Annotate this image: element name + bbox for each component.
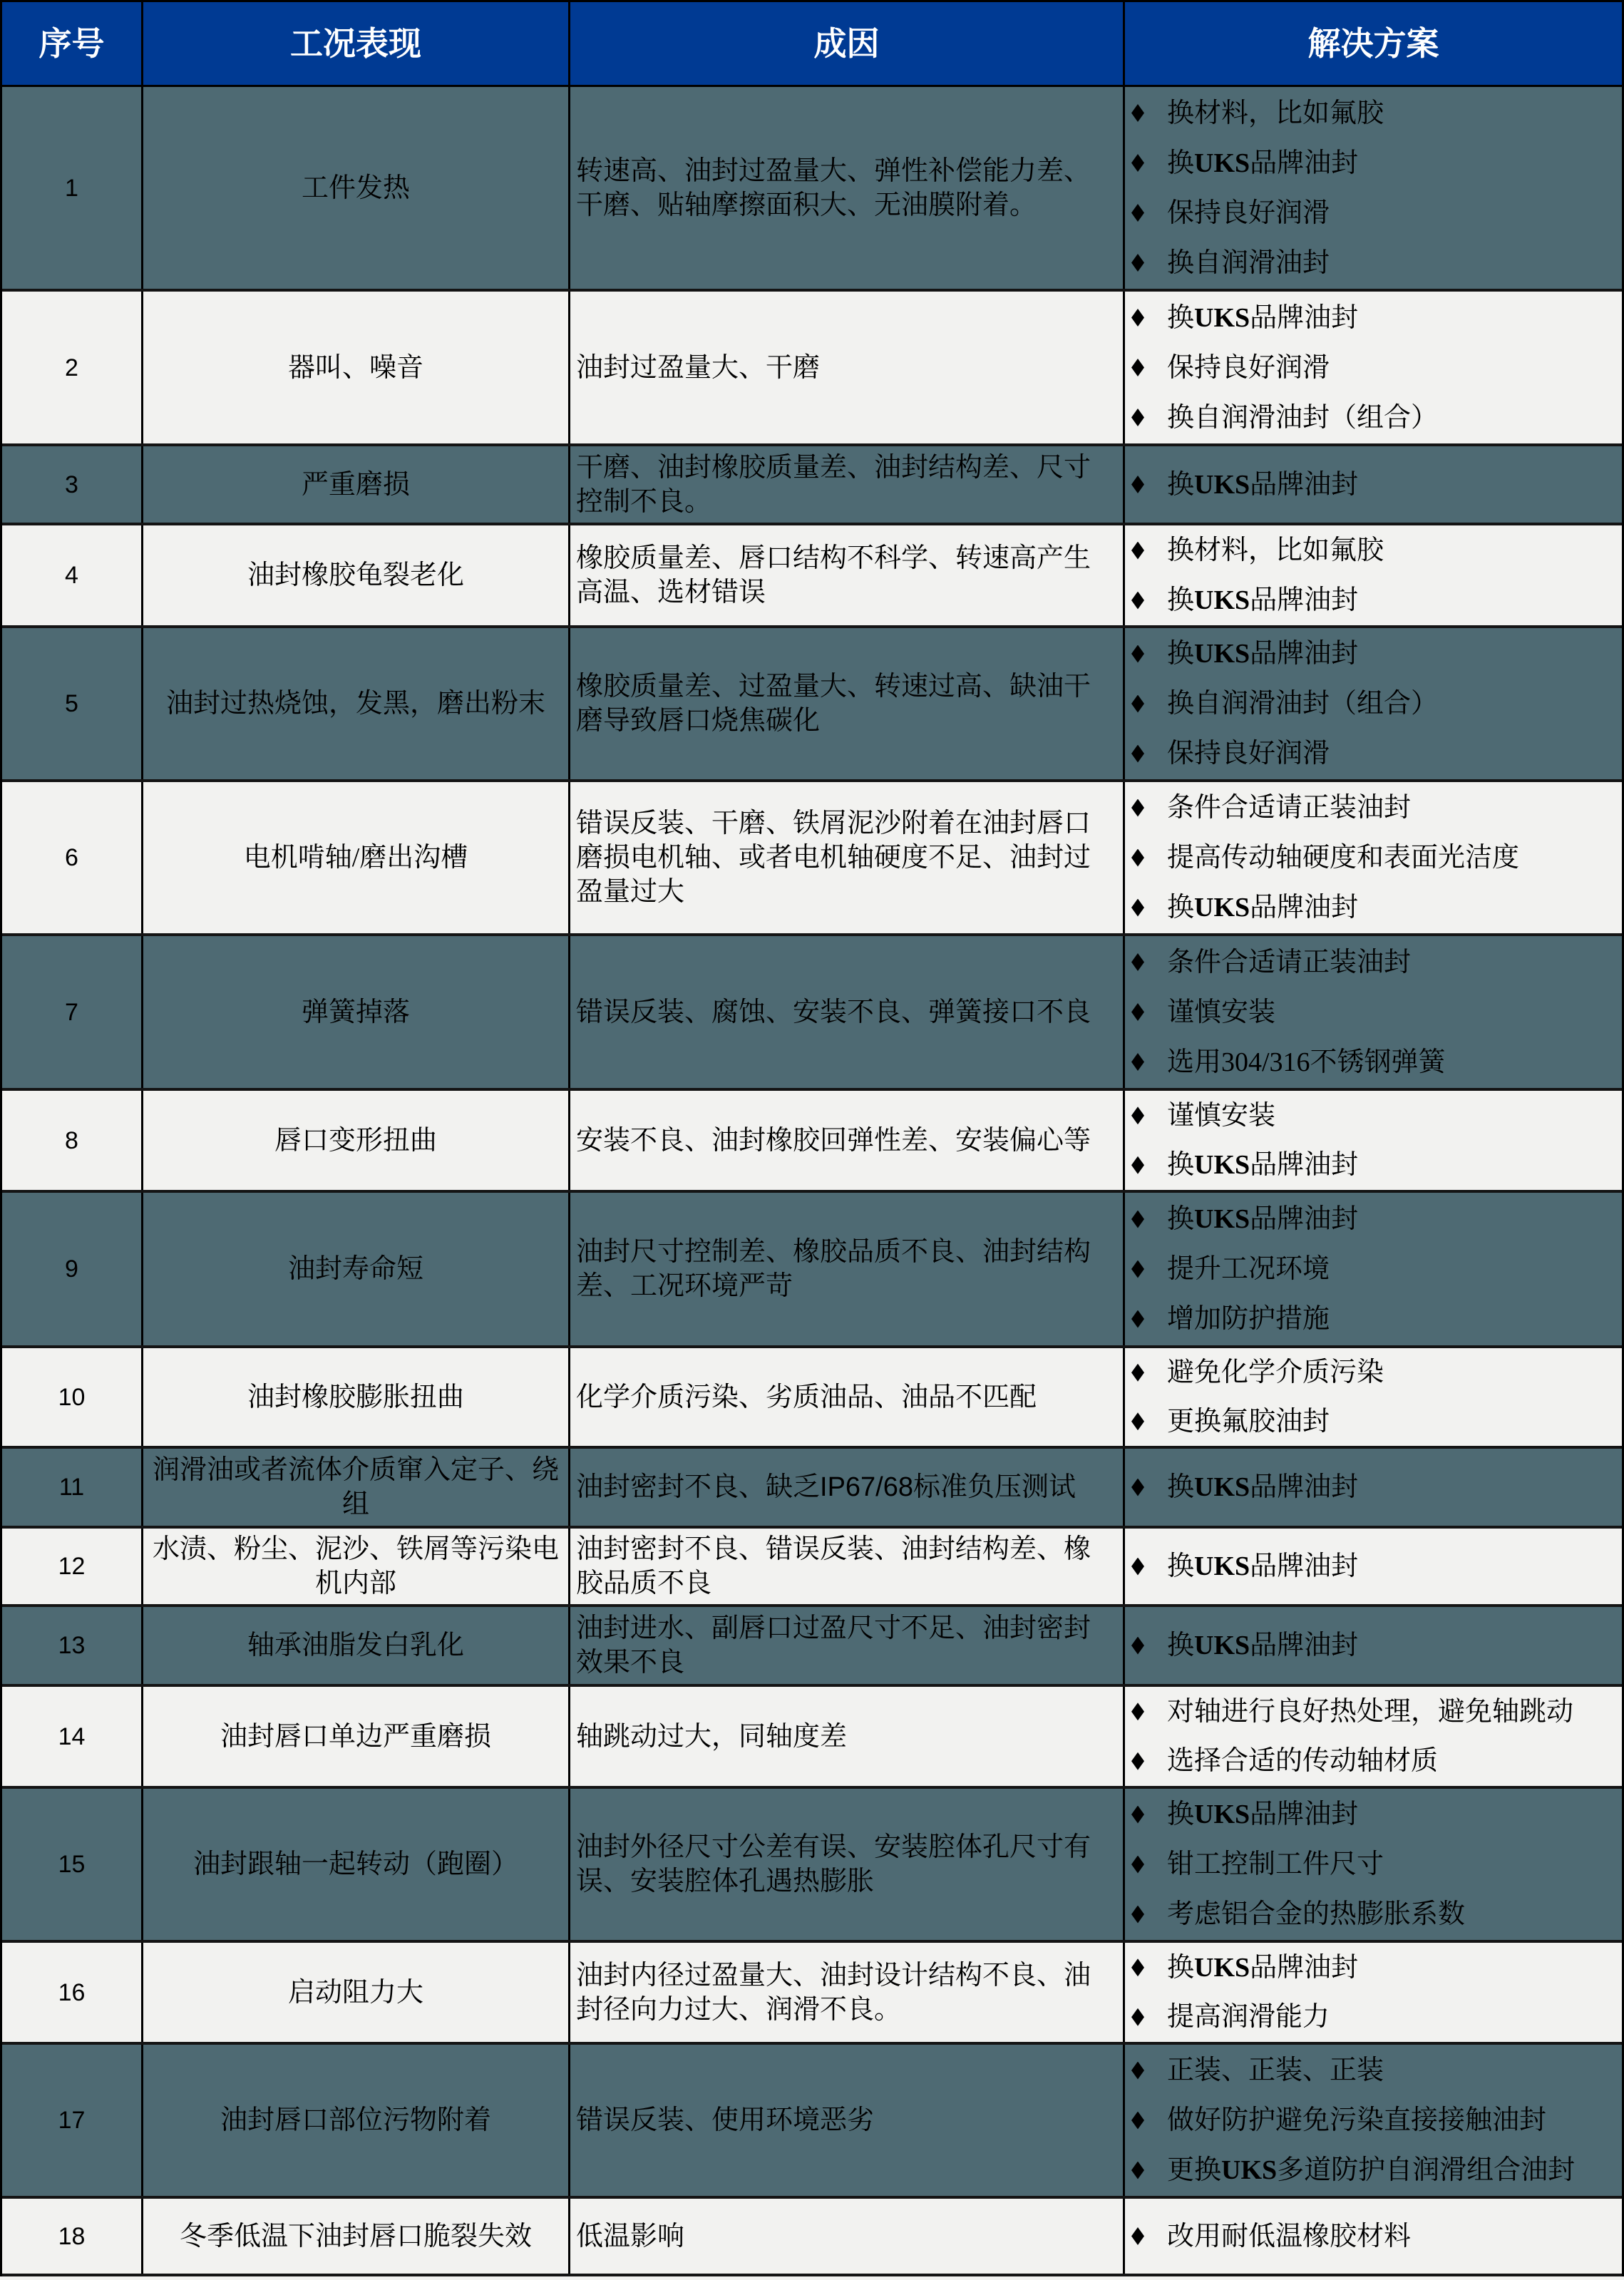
cause-cell: 油封密封不良、错误反装、油封结构差、橡胶品质不良 xyxy=(570,1529,1125,1604)
diamond-bullet-icon xyxy=(1131,1558,1144,1576)
row-number-cell: 3 xyxy=(2,446,143,523)
diamond-bullet-icon xyxy=(1131,359,1144,376)
solutions-cell: 换材料，比如氟胶 换UKS品牌油封 保持良好润滑 换自润滑油封 xyxy=(1125,87,1622,289)
cause-cell: 错误反装、干磨、铁屑泥沙附着在油封唇口磨损电机轴、或者电机轴硬度不足、油封过盈量… xyxy=(570,782,1125,933)
row-number-cell: 6 xyxy=(2,782,143,933)
diamond-bullet-icon xyxy=(1131,1211,1144,1228)
solutions-cell: 换UKS品牌油封 xyxy=(1125,446,1622,523)
row-number-cell: 5 xyxy=(2,628,143,779)
solution-item: 选择合适的传动轴材质 xyxy=(1125,1737,1438,1787)
solution-item: 增加防护措施 xyxy=(1125,1294,1330,1344)
cause-cell: 干磨、油封橡胶质量差、油封结构差、尺寸控制不良。 xyxy=(570,446,1125,523)
solution-text: 条件合适请正装油封 xyxy=(1167,945,1411,980)
cause-cell: 轴跳动过大，同轴度差 xyxy=(570,1687,1125,1786)
solution-text: 考虑铝合金的热膨胀系数 xyxy=(1167,1897,1465,1931)
symptom-text: 弹簧掉落 xyxy=(302,995,410,1029)
row-number-cell: 2 xyxy=(2,292,143,443)
solution-text: 换UKS品牌油封 xyxy=(1167,1202,1358,1236)
diamond-bullet-icon xyxy=(1131,1053,1144,1071)
cause-text: 油封密封不良、错误反装、油封结构差、橡胶品质不良 xyxy=(576,1532,1094,1601)
diamond-bullet-icon xyxy=(1131,1752,1144,1770)
symptom-cell: 严重磨损 xyxy=(143,446,570,523)
row-number-cell: 9 xyxy=(2,1193,143,1345)
solution-item: 换自润滑油封（组合） xyxy=(1125,393,1438,443)
symptom-text: 冬季低温下油封唇口脆裂失效 xyxy=(180,2219,532,2254)
solution-text: 换UKS品牌油封 xyxy=(1167,468,1358,502)
cause-cell: 油封进水、副唇口过盈尺寸不足、油封密封效果不良 xyxy=(570,1607,1125,1684)
table-row: 9 油封寿命短 油封尺寸控制差、橡胶品质不良、油封结构差、工况环境严苛 换UKS… xyxy=(2,1193,1622,1348)
solution-item: 换UKS品牌油封 xyxy=(1125,629,1358,679)
solution-text: 换材料，比如氟胶 xyxy=(1167,96,1384,130)
symptom-cell: 器叫、噪音 xyxy=(143,292,570,443)
cause-cell: 橡胶质量差、唇口结构不科学、转速高产生高温、选材错误 xyxy=(570,525,1125,625)
solution-text: 钳工控制工件尺寸 xyxy=(1167,1847,1384,1881)
symptom-text: 严重磨损 xyxy=(302,468,410,502)
row-number-cell: 13 xyxy=(2,1607,143,1684)
cause-text: 橡胶质量差、过盈量大、转速过高、缺油干磨导致唇口烧焦碳化 xyxy=(576,669,1094,738)
solution-text: 换UKS品牌油封 xyxy=(1167,146,1358,180)
row-number: 18 xyxy=(58,2219,86,2254)
solution-text: 更换UKS多道防护自润滑组合油封 xyxy=(1167,2153,1575,2187)
solution-text: 改用耐低温橡胶材料 xyxy=(1167,2219,1411,2254)
cause-cell: 转速高、油封过盈量大、弹性补偿能力差、干磨、贴轴摩擦面积大、无油膜附着。 xyxy=(570,87,1125,289)
solution-item: 对轴进行良好热处理，避免轴跳动 xyxy=(1125,1687,1573,1737)
symptom-cell: 油封橡胶膨胀扭曲 xyxy=(143,1348,570,1446)
cause-cell: 低温影响 xyxy=(570,2199,1125,2274)
solution-item: 保持良好润滑 xyxy=(1125,343,1330,393)
row-number: 14 xyxy=(58,1720,86,1754)
solutions-cell: 换UKS品牌油封 保持良好润滑 换自润滑油封（组合） xyxy=(1125,292,1622,443)
solution-text: 保持良好润滑 xyxy=(1167,196,1330,230)
diamond-bullet-icon xyxy=(1131,695,1144,713)
row-number-cell: 12 xyxy=(2,1529,143,1604)
diamond-bullet-icon xyxy=(1131,1806,1144,1824)
solution-item: 换UKS品牌油封 xyxy=(1125,1141,1358,1191)
table-row: 6 电机啃轴/磨出沟槽 错误反装、干磨、铁屑泥沙附着在油封唇口磨损电机轴、或者电… xyxy=(2,782,1622,936)
cause-cell: 安装不良、油封橡胶回弹性差、安装偏心等 xyxy=(570,1091,1125,1190)
row-number: 13 xyxy=(58,1628,86,1663)
symptom-cell: 轴承油脂发白乳化 xyxy=(143,1607,570,1684)
diamond-bullet-icon xyxy=(1131,1906,1144,1924)
solution-item: 换材料，比如氟胶 xyxy=(1125,525,1384,575)
symptom-cell: 冬季低温下油封唇口脆裂失效 xyxy=(143,2199,570,2274)
cause-cell: 错误反装、使用环境恶劣 xyxy=(570,2045,1125,2196)
cause-text: 橡胶质量差、唇口结构不科学、转速高产生高温、选材错误 xyxy=(576,541,1094,610)
cause-cell: 油封内径过盈量大、油封设计结构不良、油封径向力过大、润滑不良。 xyxy=(570,1943,1125,2042)
symptom-text: 轴承油脂发白乳化 xyxy=(247,1628,464,1663)
solution-text: 正装、正装、正装 xyxy=(1167,2053,1384,2088)
symptom-cell: 弹簧掉落 xyxy=(143,936,570,1088)
row-number: 10 xyxy=(58,1380,86,1414)
solution-item: 换UKS品牌油封 xyxy=(1125,1541,1358,1591)
solution-item: 换UKS品牌油封 xyxy=(1125,1194,1358,1244)
solution-text: 换UKS品牌油封 xyxy=(1167,1549,1358,1583)
cause-text: 错误反装、使用环境恶劣 xyxy=(576,2103,874,2137)
table-row: 15 油封跟轴一起转动（跑圈） 油封外径尺寸公差有误、安装腔体孔尺寸有误、安装腔… xyxy=(2,1789,1622,1943)
solution-text: 换UKS品牌油封 xyxy=(1167,1148,1358,1182)
diamond-bullet-icon xyxy=(1131,309,1144,327)
solutions-cell: 正装、正装、正装 做好防护避免污染直接接触油封 更换UKS多道防护自润滑组合油封 xyxy=(1125,2045,1622,2196)
row-number: 9 xyxy=(65,1252,78,1286)
solution-text: 谨慎安装 xyxy=(1167,1099,1275,1133)
symptom-cell: 油封唇口单边严重磨损 xyxy=(143,1687,570,1786)
row-number-cell: 18 xyxy=(2,2199,143,2274)
symptom-text: 工件发热 xyxy=(302,171,410,205)
symptom-text: 油封跟轴一起转动（跑圈） xyxy=(193,1847,518,1881)
oil-seal-troubleshooting-table: 序号 工况表现 成因 解决方案 1 工件发热 转速高、油封过盈量大、弹性补偿能力… xyxy=(0,0,1624,2276)
row-number: 4 xyxy=(65,558,78,592)
symptom-cell: 油封寿命短 xyxy=(143,1193,570,1345)
symptom-cell: 油封橡胶龟裂老化 xyxy=(143,525,570,625)
cause-text: 干磨、油封橡胶质量差、油封结构差、尺寸控制不良。 xyxy=(576,451,1094,519)
solution-text: 换UKS品牌油封 xyxy=(1167,1470,1358,1504)
diamond-bullet-icon xyxy=(1131,2008,1144,2026)
solution-item: 保持良好润滑 xyxy=(1125,729,1330,779)
symptom-cell: 电机啃轴/磨出沟槽 xyxy=(143,782,570,933)
solution-item: 换UKS品牌油封 xyxy=(1125,1621,1358,1670)
solution-item: 提高润滑能力 xyxy=(1125,1993,1330,2043)
header-no: 序号 xyxy=(2,2,143,85)
solutions-cell: 对轴进行良好热处理，避免轴跳动 选择合适的传动轴材质 xyxy=(1125,1687,1622,1786)
solution-text: 提高润滑能力 xyxy=(1167,2000,1330,2034)
solution-text: 换自润滑油封（组合） xyxy=(1167,401,1438,435)
solution-text: 换UKS品牌油封 xyxy=(1167,1628,1358,1663)
row-number: 12 xyxy=(58,1549,86,1583)
solutions-cell: 避免化学介质污染 更换氟胶油封 xyxy=(1125,1348,1622,1446)
solution-item: 提升工况环境 xyxy=(1125,1244,1330,1294)
solution-item: 条件合适请正装油封 xyxy=(1125,783,1411,833)
solution-text: 保持良好润滑 xyxy=(1167,351,1330,385)
cause-cell: 橡胶质量差、过盈量大、转速过高、缺油干磨导致唇口烧焦碳化 xyxy=(570,628,1125,779)
symptom-text: 电机啃轴/磨出沟槽 xyxy=(244,841,468,875)
symptom-text: 器叫、噪音 xyxy=(288,351,423,385)
row-number: 7 xyxy=(65,995,78,1029)
solution-item: 选用304/316不锈钢弹簧 xyxy=(1125,1037,1446,1087)
diamond-bullet-icon xyxy=(1131,592,1144,610)
solution-text: 提高传动轴硬度和表面光洁度 xyxy=(1167,841,1519,875)
diamond-bullet-icon xyxy=(1131,409,1144,426)
solution-text: 避免化学介质污染 xyxy=(1167,1355,1384,1390)
table-row: 5 油封过热烧蚀，发黑，磨出粉末 橡胶质量差、过盈量大、转速过高、缺油干磨导致唇… xyxy=(2,628,1622,782)
diamond-bullet-icon xyxy=(1131,2162,1144,2179)
symptom-cell: 油封过热烧蚀，发黑，磨出粉末 xyxy=(143,628,570,779)
solution-text: 提升工况环境 xyxy=(1167,1252,1330,1286)
symptom-text: 启动阻力大 xyxy=(288,1976,423,2010)
row-number-cell: 11 xyxy=(2,1449,143,1526)
row-number: 2 xyxy=(65,351,78,385)
symptom-cell: 润滑油或者流体介质窜入定子、绕组 xyxy=(143,1449,570,1526)
solution-item: 换UKS品牌油封 xyxy=(1125,1789,1358,1839)
symptom-cell: 工件发热 xyxy=(143,87,570,289)
table-row: 13 轴承油脂发白乳化 油封进水、副唇口过盈尺寸不足、油封密封效果不良 换UKS… xyxy=(2,1607,1622,1687)
solution-text: 换自润滑油封 xyxy=(1167,246,1330,280)
solution-item: 提高传动轴硬度和表面光洁度 xyxy=(1125,833,1519,883)
table-row: 2 器叫、噪音 油封过盈量大、干磨 换UKS品牌油封 保持良好润滑 换自润滑油封… xyxy=(2,292,1622,446)
solution-item: 更换UKS多道防护自润滑组合油封 xyxy=(1125,2145,1575,2195)
cause-text: 化学介质污染、劣质油品、油品不匹配 xyxy=(576,1380,1037,1414)
solutions-cell: 换UKS品牌油封 提高润滑能力 xyxy=(1125,1943,1622,2042)
row-number-cell: 1 xyxy=(2,87,143,289)
solution-text: 换UKS品牌油封 xyxy=(1167,637,1358,671)
solutions-cell: 谨慎安装 换UKS品牌油封 xyxy=(1125,1091,1622,1190)
row-number: 8 xyxy=(65,1124,78,1158)
solution-item: 换UKS品牌油封 xyxy=(1125,575,1358,625)
table-row: 18 冬季低温下油封唇口脆裂失效 低温影响 改用耐低温橡胶材料 xyxy=(2,2199,1622,2276)
symptom-cell: 油封跟轴一起转动（跑圈） xyxy=(143,1789,570,1940)
symptom-text: 油封唇口单边严重磨损 xyxy=(220,1720,491,1754)
symptom-text: 油封橡胶龟裂老化 xyxy=(247,558,464,592)
row-number-cell: 16 xyxy=(2,1943,143,2042)
symptom-cell: 油封唇口部位污物附着 xyxy=(143,2045,570,2196)
diamond-bullet-icon xyxy=(1131,2227,1144,2245)
solution-item: 正装、正装、正装 xyxy=(1125,2045,1384,2095)
solution-text: 换UKS品牌油封 xyxy=(1167,1797,1358,1832)
row-number-cell: 7 xyxy=(2,936,143,1088)
cause-text: 油封尺寸控制差、橡胶品质不良、油封结构差、工况环境严苛 xyxy=(576,1235,1094,1303)
solution-text: 条件合适请正装油封 xyxy=(1167,791,1411,825)
diamond-bullet-icon xyxy=(1131,1003,1144,1021)
cause-cell: 错误反装、腐蚀、安装不良、弹簧接口不良 xyxy=(570,936,1125,1088)
row-number: 3 xyxy=(65,468,78,502)
solution-item: 避免化学介质污染 xyxy=(1125,1348,1384,1397)
solution-text: 做好防护避免污染直接接触油封 xyxy=(1167,2103,1546,2137)
row-number: 1 xyxy=(65,171,78,205)
cause-text: 错误反装、腐蚀、安装不良、弹簧接口不良 xyxy=(576,995,1091,1029)
solution-text: 换UKS品牌油封 xyxy=(1167,301,1358,335)
cause-text: 油封密封不良、缺乏IP67/68标准负压测试 xyxy=(576,1470,1076,1504)
table-row: 11 润滑油或者流体介质窜入定子、绕组 油封密封不良、缺乏IP67/68标准负压… xyxy=(2,1449,1622,1529)
solution-text: 换材料，比如氟胶 xyxy=(1167,533,1384,568)
symptom-cell: 水渍、粉尘、泥沙、铁屑等污染电机内部 xyxy=(143,1529,570,1604)
diamond-bullet-icon xyxy=(1131,1260,1144,1278)
diamond-bullet-icon xyxy=(1131,476,1144,493)
diamond-bullet-icon xyxy=(1131,1637,1144,1655)
solution-item: 保持良好润滑 xyxy=(1125,188,1330,238)
table-row: 16 启动阻力大 油封内径过盈量大、油封设计结构不良、油封径向力过大、润滑不良。… xyxy=(2,1943,1622,2045)
diamond-bullet-icon xyxy=(1131,1106,1144,1124)
row-number: 16 xyxy=(58,1976,86,2010)
table-row: 17 油封唇口部位污物附着 错误反装、使用环境恶劣 正装、正装、正装 做好防护避… xyxy=(2,2045,1622,2199)
header-cause: 成因 xyxy=(570,2,1125,85)
diamond-bullet-icon xyxy=(1131,1156,1144,1174)
solutions-cell: 换UKS品牌油封 钳工控制工件尺寸 考虑铝合金的热膨胀系数 xyxy=(1125,1789,1622,1940)
diamond-bullet-icon xyxy=(1131,2112,1144,2130)
solutions-cell: 条件合适请正装油封 谨慎安装 选用304/316不锈钢弹簧 xyxy=(1125,936,1622,1088)
diamond-bullet-icon xyxy=(1131,1479,1144,1496)
solution-item: 换UKS品牌油封 xyxy=(1125,1462,1358,1512)
solution-text: 选用304/316不锈钢弹簧 xyxy=(1167,1045,1446,1079)
diamond-bullet-icon xyxy=(1131,254,1144,272)
solution-item: 换UKS品牌油封 xyxy=(1125,883,1358,933)
cause-text: 油封过盈量大、干磨 xyxy=(576,351,820,385)
solutions-cell: 换UKS品牌油封 换自润滑油封（组合） 保持良好润滑 xyxy=(1125,628,1622,779)
cause-text: 油封进水、副唇口过盈尺寸不足、油封密封效果不良 xyxy=(576,1611,1094,1680)
cause-text: 转速高、油封过盈量大、弹性补偿能力差、干磨、贴轴摩擦面积大、无油膜附着。 xyxy=(576,154,1094,222)
row-number-cell: 10 xyxy=(2,1348,143,1446)
diamond-bullet-icon xyxy=(1131,849,1144,867)
table-row: 4 油封橡胶龟裂老化 橡胶质量差、唇口结构不科学、转速高产生高温、选材错误 换材… xyxy=(2,525,1622,628)
row-number: 6 xyxy=(65,841,78,875)
solution-item: 考虑铝合金的热膨胀系数 xyxy=(1125,1889,1465,1939)
symptom-cell: 启动阻力大 xyxy=(143,1943,570,2042)
cause-text: 油封外径尺寸公差有误、安装腔体孔尺寸有误、安装腔体孔遇热膨胀 xyxy=(576,1830,1094,1899)
solutions-cell: 换UKS品牌油封 xyxy=(1125,1449,1622,1526)
diamond-bullet-icon xyxy=(1131,899,1144,917)
diamond-bullet-icon xyxy=(1131,953,1144,971)
table-row: 3 严重磨损 干磨、油封橡胶质量差、油封结构差、尺寸控制不良。 换UKS品牌油封 xyxy=(2,446,1622,525)
solution-text: 换UKS品牌油封 xyxy=(1167,583,1358,617)
solution-item: 换UKS品牌油封 xyxy=(1125,460,1358,510)
solution-item: 换UKS品牌油封 xyxy=(1125,293,1358,343)
table-row: 14 油封唇口单边严重磨损 轴跳动过大，同轴度差 对轴进行良好热处理，避免轴跳动… xyxy=(2,1687,1622,1789)
header-solution: 解决方案 xyxy=(1125,2,1622,85)
solution-text: 更换氟胶油封 xyxy=(1167,1405,1330,1439)
row-number-cell: 8 xyxy=(2,1091,143,1190)
row-number-cell: 4 xyxy=(2,525,143,625)
solution-item: 改用耐低温橡胶材料 xyxy=(1125,2212,1411,2261)
solution-item: 做好防护避免污染直接接触油封 xyxy=(1125,2095,1546,2145)
row-number-cell: 15 xyxy=(2,1789,143,1940)
solution-item: 钳工控制工件尺寸 xyxy=(1125,1839,1384,1889)
solutions-cell: 改用耐低温橡胶材料 xyxy=(1125,2199,1622,2274)
cause-cell: 油封外径尺寸公差有误、安装腔体孔尺寸有误、安装腔体孔遇热膨胀 xyxy=(570,1789,1125,1940)
diamond-bullet-icon xyxy=(1131,1412,1144,1430)
table-row: 1 工件发热 转速高、油封过盈量大、弹性补偿能力差、干磨、贴轴摩擦面积大、无油膜… xyxy=(2,87,1622,292)
symptom-text: 油封寿命短 xyxy=(288,1252,423,1286)
solutions-cell: 换UKS品牌油封 xyxy=(1125,1607,1622,1684)
cause-cell: 油封过盈量大、干磨 xyxy=(570,292,1125,443)
solutions-cell: 条件合适请正装油封 提高传动轴硬度和表面光洁度 换UKS品牌油封 xyxy=(1125,782,1622,933)
table-row: 12 水渍、粉尘、泥沙、铁屑等污染电机内部 油封密封不良、错误反装、油封结构差、… xyxy=(2,1529,1622,1607)
cause-text: 轴跳动过大，同轴度差 xyxy=(576,1720,847,1754)
diamond-bullet-icon xyxy=(1131,2062,1144,2080)
table-row: 8 唇口变形扭曲 安装不良、油封橡胶回弹性差、安装偏心等 谨慎安装 换UKS品牌… xyxy=(2,1091,1622,1193)
solution-text: 增加防护措施 xyxy=(1167,1302,1330,1336)
cause-cell: 油封尺寸控制差、橡胶品质不良、油封结构差、工况环境严苛 xyxy=(570,1193,1125,1345)
solution-item: 换UKS品牌油封 xyxy=(1125,1943,1358,1993)
diamond-bullet-icon xyxy=(1131,1703,1144,1720)
solution-item: 谨慎安装 xyxy=(1125,987,1275,1037)
cause-text: 低温影响 xyxy=(576,2219,684,2254)
row-number: 17 xyxy=(58,2103,86,2137)
diamond-bullet-icon xyxy=(1131,204,1144,222)
diamond-bullet-icon xyxy=(1131,542,1144,560)
diamond-bullet-icon xyxy=(1131,104,1144,122)
cause-text: 油封内径过盈量大、油封设计结构不良、油封径向力过大、润滑不良。 xyxy=(576,1958,1094,2027)
solutions-cell: 换材料，比如氟胶 换UKS品牌油封 xyxy=(1125,525,1622,625)
solution-item: 换UKS品牌油封 xyxy=(1125,138,1358,188)
header-symptom: 工况表现 xyxy=(143,2,570,85)
symptom-text: 唇口变形扭曲 xyxy=(274,1124,437,1158)
diamond-bullet-icon xyxy=(1131,1856,1144,1874)
solution-item: 更换氟胶油封 xyxy=(1125,1397,1330,1447)
table-row: 10 油封橡胶膨胀扭曲 化学介质污染、劣质油品、油品不匹配 避免化学介质污染 更… xyxy=(2,1348,1622,1449)
row-number: 15 xyxy=(58,1847,86,1881)
symptom-text: 油封橡胶膨胀扭曲 xyxy=(247,1380,464,1414)
solution-item: 换自润滑油封 xyxy=(1125,238,1330,288)
diamond-bullet-icon xyxy=(1131,745,1144,763)
solution-text: 保持良好润滑 xyxy=(1167,736,1330,771)
cause-text: 安装不良、油封橡胶回弹性差、安装偏心等 xyxy=(576,1124,1091,1158)
cause-text: 错误反装、干磨、铁屑泥沙附着在油封唇口磨损电机轴、或者电机轴硬度不足、油封过盈量… xyxy=(576,806,1094,909)
symptom-text: 润滑油或者流体介质窜入定子、绕组 xyxy=(146,1453,565,1521)
solution-text: 换UKS品牌油封 xyxy=(1167,890,1358,925)
symptom-text: 水渍、粉尘、泥沙、铁屑等污染电机内部 xyxy=(146,1532,565,1601)
cause-cell: 化学介质污染、劣质油品、油品不匹配 xyxy=(570,1348,1125,1446)
solution-text: 换UKS品牌油封 xyxy=(1167,1951,1358,1985)
solution-text: 对轴进行良好热处理，避免轴跳动 xyxy=(1167,1695,1573,1729)
row-number-cell: 14 xyxy=(2,1687,143,1786)
cause-cell: 油封密封不良、缺乏IP67/68标准负压测试 xyxy=(570,1449,1125,1526)
solution-text: 谨慎安装 xyxy=(1167,995,1275,1029)
solution-text: 换自润滑油封（组合） xyxy=(1167,687,1438,721)
diamond-bullet-icon xyxy=(1131,1958,1144,1976)
solution-item: 条件合适请正装油封 xyxy=(1125,938,1411,987)
solution-item: 谨慎安装 xyxy=(1125,1091,1275,1141)
row-number-cell: 17 xyxy=(2,2045,143,2196)
row-number: 11 xyxy=(59,1470,84,1504)
diamond-bullet-icon xyxy=(1131,799,1144,817)
row-number: 5 xyxy=(65,687,78,721)
solution-item: 换材料，比如氟胶 xyxy=(1125,88,1384,138)
diamond-bullet-icon xyxy=(1131,1310,1144,1328)
solution-text: 选择合适的传动轴材质 xyxy=(1167,1744,1438,1778)
table-header-row: 序号 工况表现 成因 解决方案 xyxy=(2,2,1622,87)
diamond-bullet-icon xyxy=(1131,645,1144,663)
diamond-bullet-icon xyxy=(1131,154,1144,172)
solutions-cell: 换UKS品牌油封 提升工况环境 增加防护措施 xyxy=(1125,1193,1622,1345)
solution-item: 换自润滑油封（组合） xyxy=(1125,679,1438,729)
symptom-cell: 唇口变形扭曲 xyxy=(143,1091,570,1190)
diamond-bullet-icon xyxy=(1131,1364,1144,1382)
symptom-text: 油封过热烧蚀，发黑，磨出粉末 xyxy=(166,687,545,721)
symptom-text: 油封唇口部位污物附着 xyxy=(220,2103,491,2137)
table-row: 7 弹簧掉落 错误反装、腐蚀、安装不良、弹簧接口不良 条件合适请正装油封 谨慎安… xyxy=(2,936,1622,1091)
solutions-cell: 换UKS品牌油封 xyxy=(1125,1529,1622,1604)
